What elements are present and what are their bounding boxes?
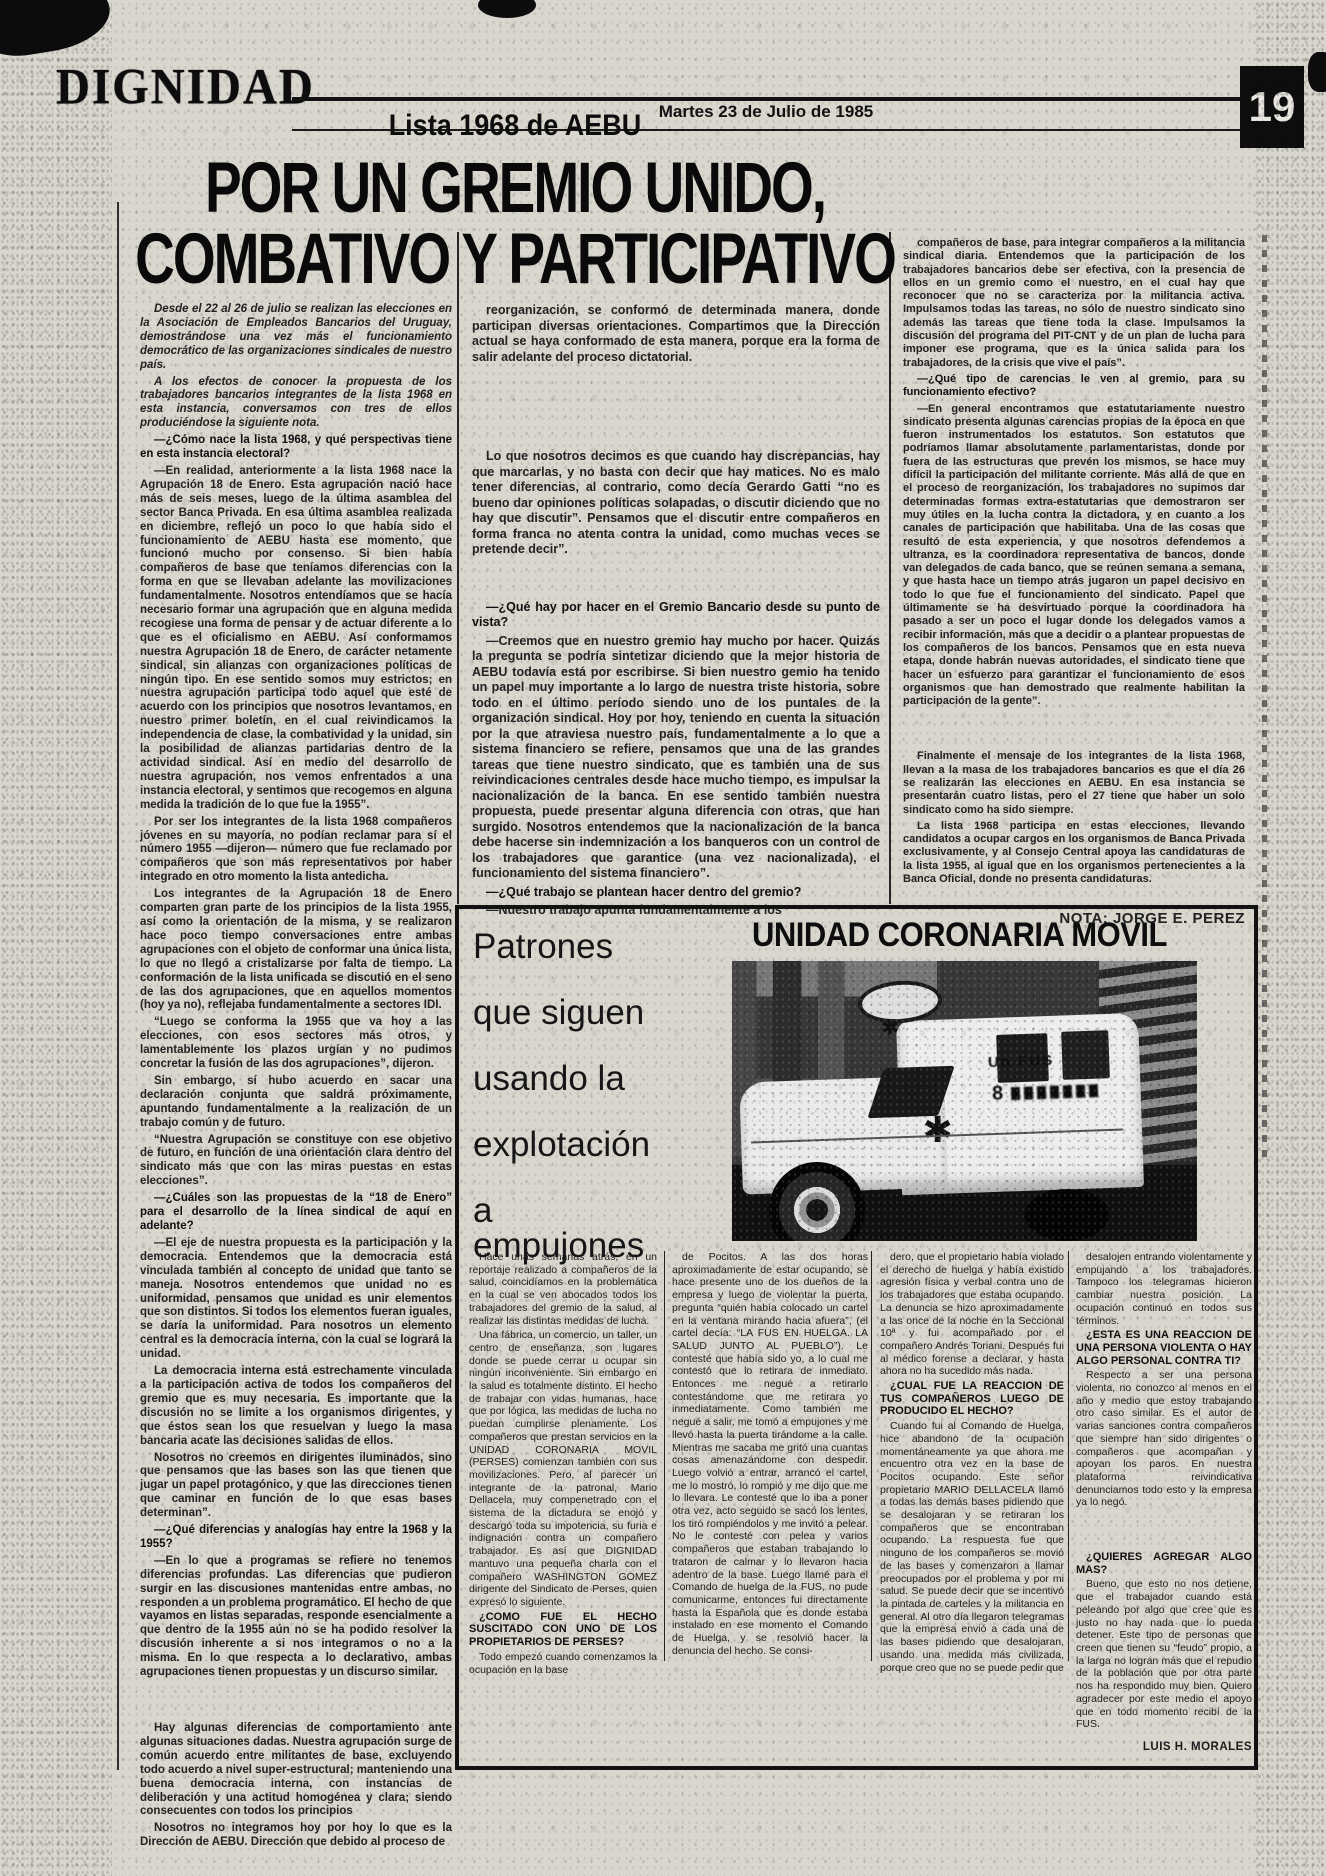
question-paragraph: ¿ESTA ES UNA REACCION DE UNA PERSONA VIO…: [1076, 1329, 1252, 1367]
question-paragraph: ¿CUAL FUE LA REACCION DE TUS COMPAÑEROS …: [880, 1380, 1064, 1418]
paragraph: Hay algunas diferencias de comportamient…: [140, 1722, 452, 1819]
paragraph: Cuando fui al Comando de Huelga, hice ab…: [880, 1420, 1064, 1674]
ambulance-phone-lettering: 8: [992, 1080, 1099, 1107]
paragraph: Los integrantes de la Agrupación 18 de E…: [140, 888, 452, 1013]
question-paragraph: —¿Cuáles son las propuestas de la “18 de…: [140, 1192, 452, 1234]
paragraph: La lista 1968 participa en estas eleccio…: [903, 820, 1245, 886]
paragraph: dero, que el propietario había violado e…: [880, 1251, 1064, 1378]
box-column-d: desalojen entrando violentamente y empuj…: [1076, 1251, 1252, 1754]
paragraph: —El eje de nuestra propuesta es la parti…: [140, 1237, 452, 1362]
paragraph: Nosotros no creemos en dirigentes ilumin…: [140, 1452, 452, 1522]
box-signature: LUIS H. MORALES: [1076, 1741, 1252, 1754]
question-paragraph: —¿Qué diferencias y analogías hay entre …: [140, 1524, 452, 1552]
feature-headline-line: que siguen: [473, 995, 671, 1030]
blurred-lettering: [1011, 1085, 1099, 1101]
ambulance-roof-sign: [856, 978, 942, 1026]
paragraph: “Nuestra Agrupación se constituye con es…: [140, 1134, 452, 1190]
box-column-divider: [1068, 1251, 1069, 1661]
ambulance-side-window: [996, 1033, 1049, 1082]
box-column-a: Hace unas semanas atrás, en un reportaje…: [469, 1251, 657, 1678]
paragraph: Desde el 22 al 26 de julio se realizan l…: [140, 303, 452, 373]
paragraph: La democracia interna está estrechamente…: [140, 1365, 452, 1448]
article-column-2: reorganización, se conformó de determina…: [472, 303, 880, 922]
question-paragraph: —¿Qué hay por hacer en el Gremio Bancari…: [472, 600, 880, 631]
ambulance-front-wheel: [769, 1162, 865, 1241]
paragraph: Por ser los integrantes de la lista 1968…: [140, 816, 452, 886]
scan-noise-band-left: [0, 0, 112, 1876]
photo-title: UNIDAD CORONARIA MOVIL: [672, 915, 1247, 955]
ambulance-side-window: [1061, 1030, 1109, 1079]
feature-box: Patronesque siguenusando laexplotacióna …: [455, 905, 1258, 1770]
article-column-1: Desde el 22 al 26 de julio se realizan l…: [140, 303, 452, 1853]
question-paragraph: ¿COMO FUE EL HECHO SUSCITADO CON UNO DE …: [469, 1611, 657, 1649]
ambulance-cab: [739, 1075, 947, 1194]
paragraph: Sin embargo, sí hubo acuerdo en sacar un…: [140, 1075, 452, 1131]
feature-headline-line: Patrones: [473, 929, 671, 964]
paragraph: —En realidad, anteriormente a la lista 1…: [140, 465, 452, 813]
paragraph: compañeros de base, para integrar compañ…: [903, 237, 1245, 370]
box-column-divider: [664, 1251, 665, 1661]
scan-ink-blob: [478, 0, 536, 18]
paragraph: “Luego se conforma la 1955 que va hoy a …: [140, 1016, 452, 1072]
ambulance-body: [896, 1013, 1144, 1195]
paragraph: Hace unas semanas atrás, en un reportaje…: [469, 1251, 657, 1327]
paragraph: —En general encontramos que estatutariam…: [903, 403, 1245, 709]
question-paragraph: —¿Qué trabajo se plantean hacer dentro d…: [472, 885, 880, 901]
ambulance-photo: ✱ ✱ Un FUS 8: [732, 961, 1197, 1241]
star-of-life-icon: ✱: [881, 1017, 899, 1039]
paragraph: Finalmente el mensaje de los integrantes…: [903, 750, 1245, 816]
column-divider: [457, 232, 459, 904]
star-of-life-icon: ✱: [923, 1112, 953, 1148]
page-number-badge: 19: [1240, 66, 1304, 148]
left-margin-rule: [117, 202, 119, 1770]
paragraph: Todo empezó cuando comenzamos la ocupaci…: [469, 1651, 657, 1676]
paragraph: de Pocitos. A las dos horas aproximadame…: [672, 1251, 868, 1658]
paragraph: reorganización, se conformó de determina…: [472, 303, 880, 365]
paragraph: desalojen entrando violentamente y empuj…: [1076, 1251, 1252, 1327]
header-rule-top: [292, 97, 1240, 101]
feature-headline-line: explotación: [473, 1127, 671, 1162]
feature-headline: Patronesque siguenusando laexplotacióna …: [473, 929, 671, 1294]
feature-headline-line: usando la: [473, 1061, 671, 1096]
paragraph: Lo que nosotros decimos es que cuando ha…: [472, 449, 880, 558]
ambulance-body-crease: [751, 1128, 1123, 1143]
box-column-b: de Pocitos. A las dos horas aproximadame…: [672, 1251, 868, 1660]
article-headline-line1: POR UN GREMIO UNIDO,: [132, 152, 898, 224]
article-kicker: Lista 1968 de AEBU: [140, 108, 890, 142]
ambulance-rear-wheel: [1025, 1189, 1109, 1241]
article-headline-line2: COMBATIVO Y PARTICIPATIVO: [132, 223, 898, 295]
question-paragraph: ¿QUIERES AGREGAR ALGO MAS?: [1076, 1551, 1252, 1576]
paragraph: Respecto a ser una persona violenta, no …: [1076, 1369, 1252, 1509]
question-paragraph: —¿Qué tipo de carencias le ven al gremio…: [903, 373, 1245, 400]
photo-building-left: [732, 961, 937, 1157]
photo-street: [732, 1165, 1197, 1241]
ambulance-windshield: [867, 1066, 954, 1119]
scan-streak: [1262, 235, 1267, 1165]
paragraph: A los efectos de conocer la propuesta de…: [140, 376, 452, 432]
scan-ink-blob: [1308, 52, 1326, 92]
newspaper-page: DIGNIDAD Martes 23 de Julio de 1985 19 L…: [0, 0, 1326, 1876]
paragraph: —Creemos que en nuestro gremio hay mucho…: [472, 634, 880, 882]
paragraph: Bueno, que esto no nos detiene, que el t…: [1076, 1578, 1252, 1730]
box-column-divider: [871, 1251, 872, 1661]
column-divider: [889, 232, 891, 904]
paragraph: Nosotros no integramos hoy por hoy lo qu…: [140, 1822, 452, 1850]
paragraph: —En lo que a programas se refiere no ten…: [140, 1555, 452, 1680]
box-column-c: dero, que el propietario había violado e…: [880, 1251, 1064, 1676]
article-column-3: compañeros de base, para integrar compañ…: [903, 237, 1245, 926]
ambulance-side-lettering: Un FUS: [987, 1052, 1054, 1071]
question-paragraph: —¿Cómo nace la lista 1968, y qué perspec…: [140, 434, 452, 462]
photo-building-right: [1099, 961, 1197, 1179]
scan-ink-blob: [0, 0, 115, 62]
paragraph: Una fábrica, un comercio, un taller, un …: [469, 1329, 657, 1608]
